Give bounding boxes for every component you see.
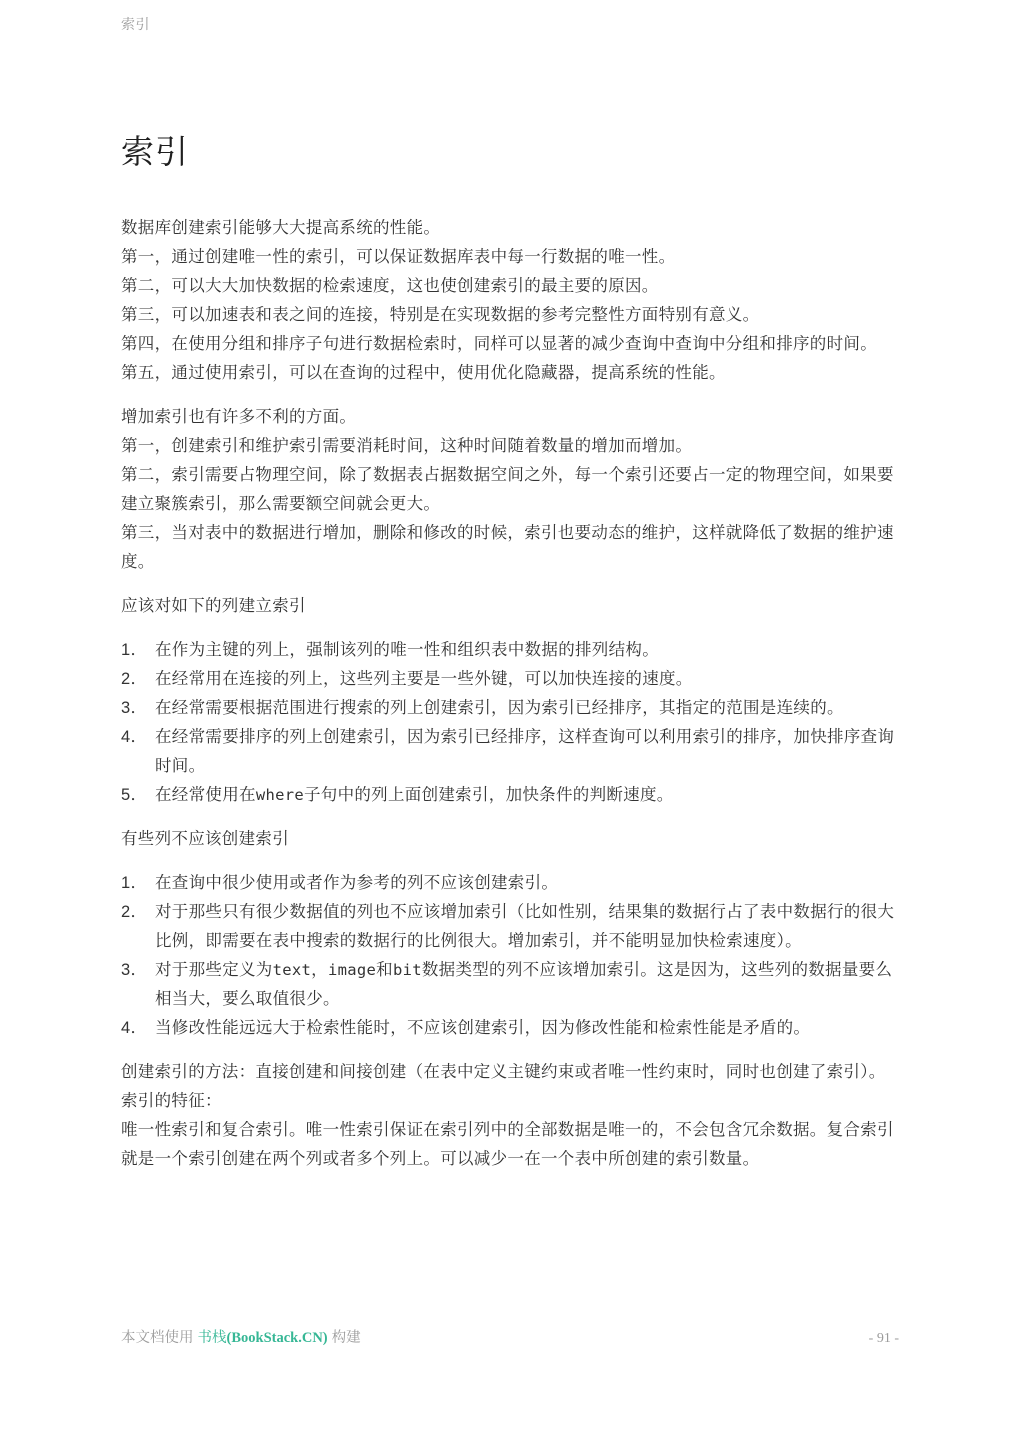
list-item-number: 4． — [121, 723, 155, 752]
paragraph: 增加索引也有许多不利的方面。第一，创建索引和维护索引需要消耗时间，这种时间随着数… — [121, 403, 899, 577]
list-item-text: 在经常使用在where子句中的列上面创建索引，加快条件的判断速度。 — [155, 781, 899, 810]
text-line: 第四，在使用分组和排序子句进行数据检索时，同样可以显著的减少查询中查询中分组和排… — [121, 330, 899, 359]
bookstack-brand-cn[interactable]: 书栈 — [198, 1330, 227, 1346]
text-line: 第二，索引需要占物理空间，除了数据表占据数据空间之外，每一个索引还要占一定的物理… — [121, 461, 899, 519]
list-item-number: 3． — [121, 694, 155, 723]
list-item-text: 对于那些定义为text，image和bit数据类型的列不应该增加索引。这是因为，… — [155, 956, 899, 1014]
list-item-number: 1． — [121, 869, 155, 898]
text-line: 第二，可以大大加快数据的检索速度，这也使创建索引的最主要的原因。 — [121, 272, 899, 301]
list-item: 2．在经常用在连接的列上，这些列主要是一些外键，可以加快连接的速度。 — [121, 665, 899, 694]
list-item: 4．当修改性能远远大于检索性能时，不应该创建索引，因为修改性能和检索性能是矛盾的… — [121, 1014, 899, 1043]
page-footer: 本文档使用 书栈(BookStack.CN) 构建 - 91 - — [121, 1326, 899, 1347]
text-line: 第三，可以加速表和表之间的连接，特别是在实现数据的参考完整性方面特别有意义。 — [121, 301, 899, 330]
list-item: 2．对于那些只有很少数据值的列也不应该增加索引（比如性别，结果集的数据行占了表中… — [121, 898, 899, 956]
document-page: 索引 索引 数据库创建索引能够大大提高系统的性能。第一，通过创建唯一性的索引，可… — [0, 0, 1019, 1440]
list-item-number: 2． — [121, 898, 155, 927]
list-item: 3．在经常需要根据范围进行搜索的列上创建索引，因为索引已经排序，其指定的范围是连… — [121, 694, 899, 723]
list-item: 3．对于那些定义为text，image和bit数据类型的列不应该增加索引。这是因… — [121, 956, 899, 1014]
page-content: 索引 数据库创建索引能够大大提高系统的性能。第一，通过创建唯一性的索引，可以保证… — [121, 132, 899, 1189]
list-item-number: 4． — [121, 1014, 155, 1043]
inline-code-text: where — [256, 786, 304, 804]
text-line: 有些列不应该创建索引 — [121, 825, 899, 854]
inline-code-text: text — [273, 961, 312, 979]
list-item-number: 3． — [121, 956, 155, 985]
text-line: 应该对如下的列建立索引 — [121, 592, 899, 621]
running-header: 索引 — [121, 14, 150, 34]
paragraph: 创建索引的方法：直接创建和间接创建（在表中定义主键约束或者唯一性约束时，同时也创… — [121, 1058, 899, 1174]
text-line: 创建索引的方法：直接创建和间接创建（在表中定义主键约束或者唯一性约束时，同时也创… — [121, 1058, 899, 1087]
text-line: 数据库创建索引能够大大提高系统的性能。 — [121, 214, 899, 243]
list-item-number: 2． — [121, 665, 155, 694]
footer-prefix: 本文档使用 — [121, 1330, 198, 1346]
list-item-number: 1． — [121, 636, 155, 665]
text-line: 第一，创建索引和维护索引需要消耗时间，这种时间随着数量的增加而增加。 — [121, 432, 899, 461]
page-title: 索引 — [121, 132, 899, 172]
list-item-text: 在经常用在连接的列上，这些列主要是一些外键，可以加快连接的速度。 — [155, 665, 899, 694]
paragraph: 应该对如下的列建立索引 — [121, 592, 899, 621]
text-blocks: 数据库创建索引能够大大提高系统的性能。第一，通过创建唯一性的索引，可以保证数据库… — [121, 214, 899, 1174]
list-item-text: 当修改性能远远大于检索性能时，不应该创建索引，因为修改性能和检索性能是矛盾的。 — [155, 1014, 899, 1043]
footer-attribution: 本文档使用 书栈(BookStack.CN) 构建 — [121, 1326, 361, 1347]
list-item-text: 对于那些只有很少数据值的列也不应该增加索引（比如性别，结果集的数据行占了表中数据… — [155, 898, 899, 956]
page-number: - 91 - — [869, 1331, 899, 1347]
list-item-text: 在查询中很少使用或者作为参考的列不应该创建索引。 — [155, 869, 899, 898]
ordered-list: 1．在作为主键的列上，强制该列的唯一性和组织表中数据的排列结构。2．在经常用在连… — [121, 636, 899, 810]
footer-suffix: 构建 — [328, 1330, 361, 1346]
ordered-list: 1．在查询中很少使用或者作为参考的列不应该创建索引。2．对于那些只有很少数据值的… — [121, 869, 899, 1043]
text-line: 增加索引也有许多不利的方面。 — [121, 403, 899, 432]
list-item-number: 5． — [121, 781, 155, 810]
text-line: 索引的特征： — [121, 1087, 899, 1116]
text-line: 第一，通过创建唯一性的索引，可以保证数据库表中每一行数据的唯一性。 — [121, 243, 899, 272]
bookstack-brand-link[interactable]: (BookStack.CN) — [227, 1330, 328, 1346]
paragraph: 数据库创建索引能够大大提高系统的性能。第一，通过创建唯一性的索引，可以保证数据库… — [121, 214, 899, 388]
text-line: 第五，通过使用索引，可以在查询的过程中，使用优化隐藏器，提高系统的性能。 — [121, 359, 899, 388]
paragraph: 有些列不应该创建索引 — [121, 825, 899, 854]
list-item: 5．在经常使用在where子句中的列上面创建索引，加快条件的判断速度。 — [121, 781, 899, 810]
list-item: 4．在经常需要排序的列上创建索引，因为索引已经排序，这样查询可以利用索引的排序，… — [121, 723, 899, 781]
inline-code-text: bit — [393, 961, 422, 979]
list-item-text: 在经常需要排序的列上创建索引，因为索引已经排序，这样查询可以利用索引的排序，加快… — [155, 723, 899, 781]
list-item: 1．在查询中很少使用或者作为参考的列不应该创建索引。 — [121, 869, 899, 898]
text-line: 第三，当对表中的数据进行增加，删除和修改的时候，索引也要动态的维护，这样就降低了… — [121, 519, 899, 577]
inline-code-text: image — [328, 961, 376, 979]
list-item-text: 在作为主键的列上，强制该列的唯一性和组织表中数据的排列结构。 — [155, 636, 899, 665]
list-item: 1．在作为主键的列上，强制该列的唯一性和组织表中数据的排列结构。 — [121, 636, 899, 665]
text-line: 唯一性索引和复合索引。唯一性索引保证在索引列中的全部数据是唯一的，不会包含冗余数… — [121, 1116, 899, 1174]
list-item-text: 在经常需要根据范围进行搜索的列上创建索引，因为索引已经排序，其指定的范围是连续的… — [155, 694, 899, 723]
